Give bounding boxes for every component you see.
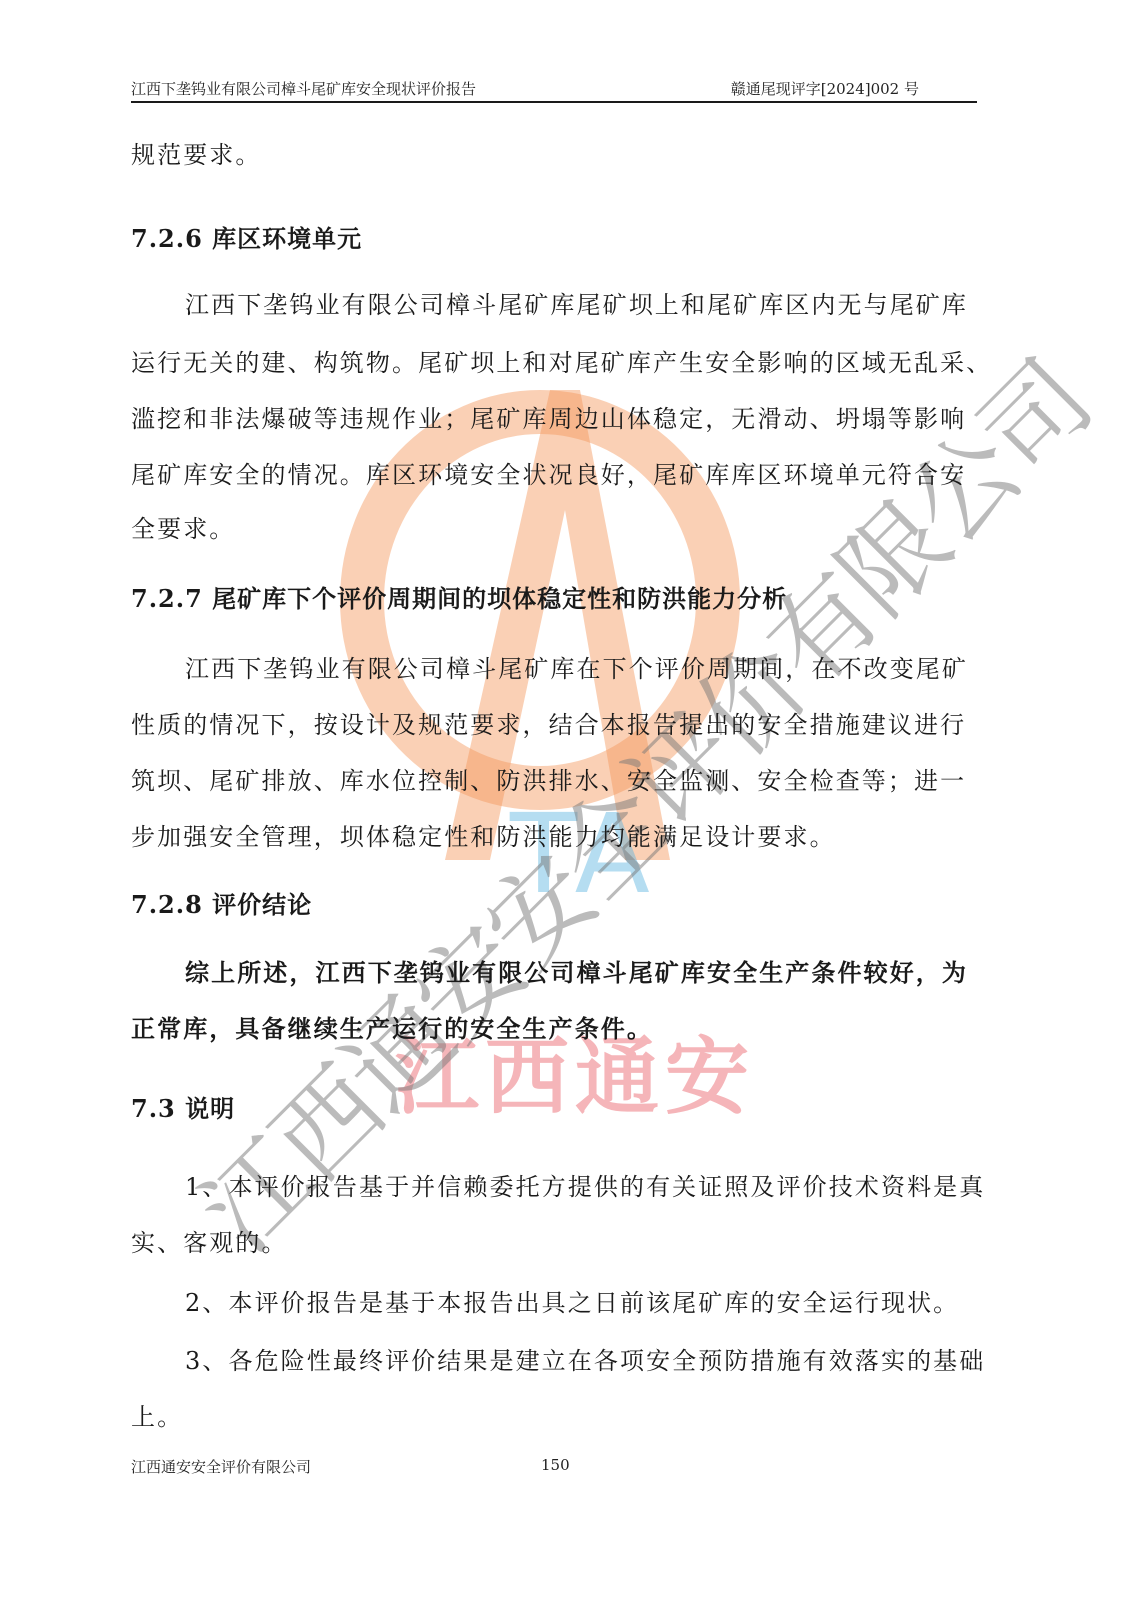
conclusion-line: 综上所述，江西下垄钨业有限公司樟斗尾矿库安全生产条件较好，为 (185, 958, 968, 988)
note-item-2: 2、本评价报告是基于本报告出具之日前该尾矿库的安全运行现状。 (185, 1288, 959, 1318)
paragraph-line: 步加强安全管理，坝体稳定性和防洪能力均能满足设计要求。 (131, 822, 836, 852)
report-title: 江西下垄钨业有限公司樟斗尾矿库安全现状评价报告 (131, 78, 476, 99)
paragraph-line: 筑坝、尾矿排放、库水位控制、防洪排水、安全监测、安全检查等；进一 (131, 766, 966, 796)
paragraph-line: 江西下垄钨业有限公司樟斗尾矿库尾矿坝上和尾矿库区内无与尾矿库 (185, 290, 968, 320)
footer-company: 江西通安安全评价有限公司 (131, 1456, 311, 1477)
section-heading-7-3: 7.3 说明 (131, 1094, 235, 1124)
page-number: 150 (541, 1456, 570, 1474)
note-item-1: 1、本评价报告基于并信赖委托方提供的有关证照及评价技术资料是真 (185, 1172, 985, 1202)
conclusion-line: 正常库，具备继续生产运行的安全生产条件。 (131, 1014, 653, 1044)
document-number: 赣通尾现评字[2024]002 号 (731, 78, 919, 99)
section-heading-7-2-8: 7.2.8 评价结论 (131, 890, 312, 920)
page-header: 江西下垄钨业有限公司樟斗尾矿库安全现状评价报告 赣通尾现评字[2024]002 … (131, 78, 977, 102)
note-item-1-cont: 实、客观的。 (131, 1228, 288, 1258)
paragraph-line: 运行无关的建、构筑物。尾矿坝上和对尾矿库产生安全影响的区域无乱采、 (131, 348, 992, 378)
header-divider (131, 101, 977, 103)
paragraph-line: 江西下垄钨业有限公司樟斗尾矿库在下个评价周期间，在不改变尾矿 (185, 654, 968, 684)
paragraph-line: 全要求。 (131, 514, 235, 544)
watermark-logo-letters: TA (510, 790, 656, 918)
section-heading-7-2-7: 7.2.7 尾矿库下个评价周期间的坝体稳定性和防洪能力分析 (131, 584, 787, 614)
paragraph-line: 滥挖和非法爆破等违规作业；尾矿库周边山体稳定，无滑动、坍塌等影响 (131, 404, 966, 434)
paragraph-line: 规范要求。 (131, 140, 262, 170)
note-item-3: 3、各危险性最终评价结果是建立在各项安全预防措施有效落实的基础 (185, 1346, 985, 1376)
paragraph-line: 尾矿库安全的情况。库区环境安全状况良好，尾矿库库区环境单元符合安 (131, 460, 966, 490)
section-heading-7-2-6: 7.2.6 库区环境单元 (131, 224, 362, 254)
note-item-3-cont: 上。 (131, 1402, 183, 1432)
paragraph-line: 性质的情况下，按设计及规范要求，结合本报告提出的安全措施建议进行 (131, 710, 966, 740)
